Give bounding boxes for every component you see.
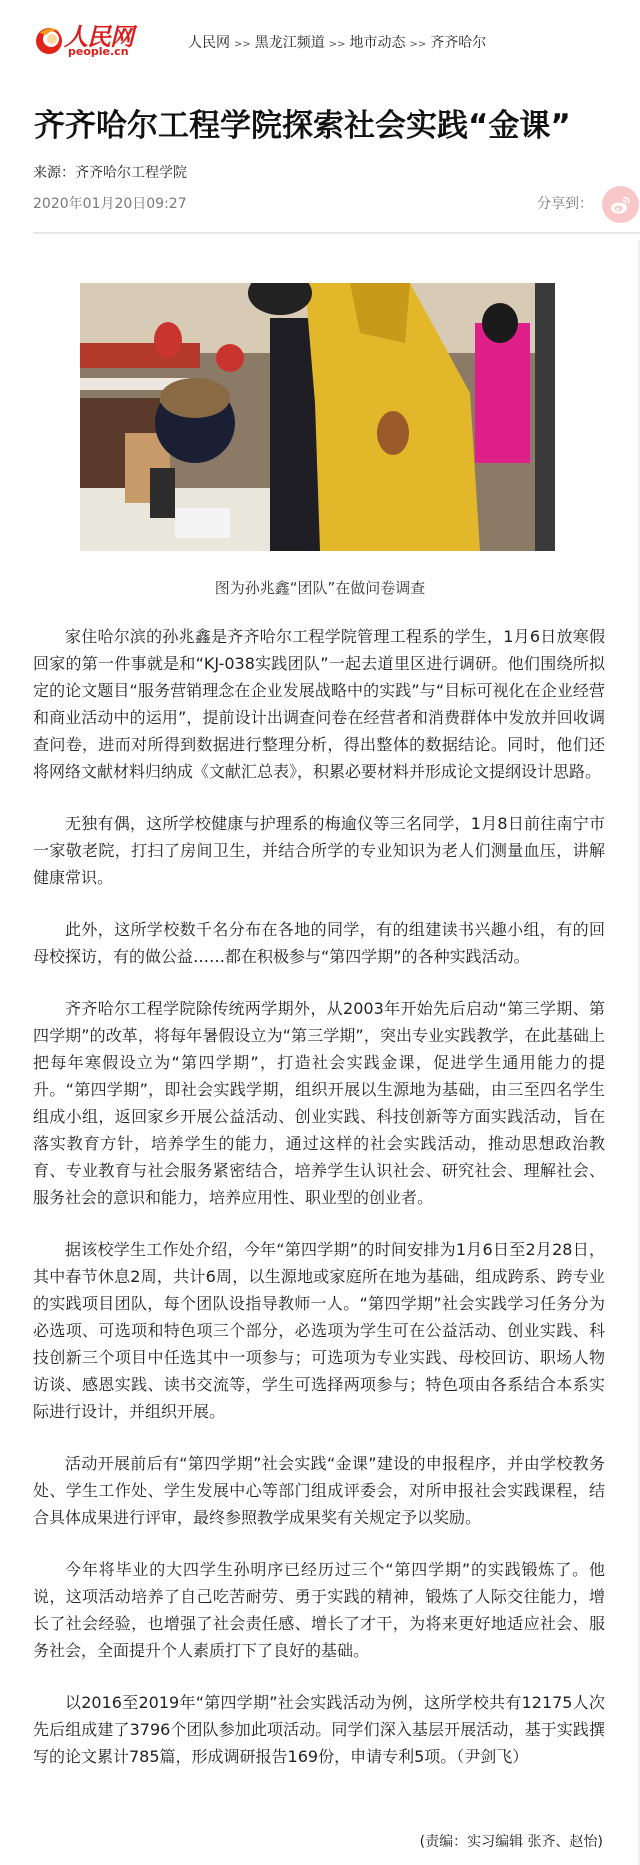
- logo-emblem-icon: [34, 23, 64, 57]
- article-paragraph: 家住哈尔滨的孙兆鑫是齐齐哈尔工程学院管理工程系的学生，1月6日放寒假回家的第一件…: [33, 623, 605, 785]
- article-photo: [80, 283, 555, 551]
- breadcrumb-item-qiqihar[interactable]: 齐齐哈尔: [430, 35, 486, 51]
- article-paragraph: 此外，这所学校数千名分布在各地的同学，有的组建读书兴趣小组，有的回母校探访，有的…: [33, 916, 605, 970]
- article-paragraph: 今年将毕业的大四学生孙明序已经历过三个“第四学期”的实践锻炼了。他说，这项活动培…: [33, 1556, 605, 1664]
- share-label: 分享到：: [537, 194, 593, 214]
- breadcrumb-item-people[interactable]: 人民网: [188, 35, 230, 51]
- weibo-icon: [610, 195, 632, 215]
- editor-credit: (责编：实习编辑 张齐、赵怡): [420, 1832, 603, 1852]
- breadcrumb-separator: >>: [329, 39, 346, 50]
- article-source: 来源：齐齐哈尔工程学院: [33, 163, 187, 183]
- article-body: 家住哈尔滨的孙兆鑫是齐齐哈尔工程学院管理工程系的学生，1月6日放寒假回家的第一件…: [33, 623, 605, 1795]
- breadcrumb-separator: >>: [234, 39, 251, 50]
- breadcrumb-item-heilongjiang[interactable]: 黑龙江频道: [255, 35, 325, 51]
- article-paragraph: 据该校学生工作处介绍，今年“第四学期”的时间安排为1月6日至2月28日，其中春节…: [33, 1236, 605, 1425]
- article-date: 2020年01月20日09:27: [33, 194, 187, 214]
- article-title: 齐齐哈尔工程学院探索社会实践“金课”: [34, 106, 571, 146]
- logo-subtext: people.cn: [68, 45, 129, 58]
- weibo-share-button[interactable]: [602, 186, 639, 223]
- article-paragraph: 活动开展前后有“第四学期”社会实践“金课”建设的申报程序，并由学校教务处、学生工…: [33, 1450, 605, 1531]
- header-divider: [33, 232, 640, 234]
- breadcrumb-item-local-news[interactable]: 地市动态: [350, 35, 406, 51]
- photo-caption: 图为孙兆鑫“团队”在做问卷调查: [0, 578, 640, 598]
- breadcrumb-separator: >>: [410, 39, 427, 50]
- article-paragraph: 无独有偶，这所学校健康与护理系的梅逾仪等三名同学，1月8日前往南宁市一家敬老院，…: [33, 810, 605, 891]
- breadcrumb: 人民网>>黑龙江频道>>地市动态>>齐齐哈尔: [188, 33, 486, 55]
- survey-photo-image: [80, 283, 555, 551]
- people-cn-logo[interactable]: 人民网 people.cn: [34, 21, 134, 59]
- article-paragraph: 以2016至2019年“第四学期”社会实践活动为例，这所学校共有12175人次先…: [33, 1689, 605, 1770]
- article-paragraph: 齐齐哈尔工程学院除传统两学期外，从2003年开始先后启动“第三学期、第四学期”的…: [33, 995, 605, 1211]
